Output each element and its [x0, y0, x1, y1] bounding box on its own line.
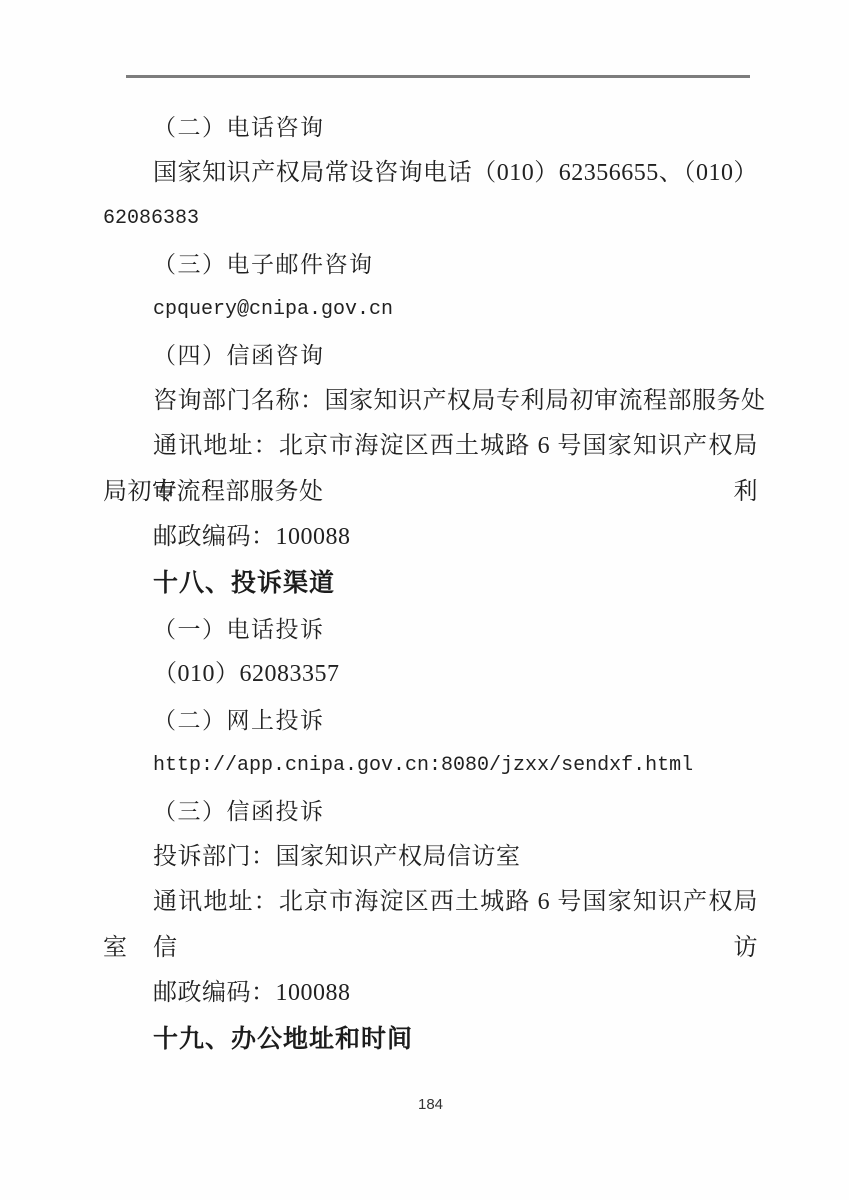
document-line: 十九、办公地址和时间: [103, 1017, 758, 1063]
document-line: （二）网上投诉: [103, 698, 758, 744]
document-line: 邮政编码：100088: [103, 971, 758, 1017]
header-rule: [126, 75, 750, 78]
page-number: 184: [103, 1094, 758, 1116]
document-line: （三）信函投诉: [103, 789, 758, 835]
document-line: 通讯地址：北京市海淀区西土城路 6 号国家知识产权局专利: [103, 424, 758, 470]
document-line: http://app.cnipa.gov.cn:8080/jzxx/sendxf…: [103, 743, 758, 789]
document-line: 邮政编码：100088: [103, 515, 758, 561]
document-page: （二）电话咨询国家知识产权局常设咨询电话（010）62356655、（010）6…: [0, 0, 849, 1200]
document-line: 国家知识产权局常设咨询电话（010）62356655、（010）: [103, 151, 758, 197]
document-line: （一）电话投诉: [103, 607, 758, 653]
document-line: 62086383: [103, 196, 758, 242]
document-line: （010）62083357: [103, 652, 758, 698]
document-line: （四）信函咨询: [103, 333, 758, 379]
document-line: 通讯地址：北京市海淀区西土城路 6 号国家知识产权局信访: [103, 880, 758, 926]
document-line: （二）电话咨询: [103, 105, 758, 151]
document-lines: （二）电话咨询国家知识产权局常设咨询电话（010）62356655、（010）6…: [103, 105, 758, 1062]
document-line: 投诉部门：国家知识产权局信访室: [103, 835, 758, 881]
document-line: 十八、投诉渠道: [103, 561, 758, 607]
document-line: cpquery@cnipa.gov.cn: [103, 287, 758, 333]
document-line: （三）电子邮件咨询: [103, 242, 758, 288]
document-line: 咨询部门名称：国家知识产权局专利局初审流程部服务处: [103, 379, 758, 425]
